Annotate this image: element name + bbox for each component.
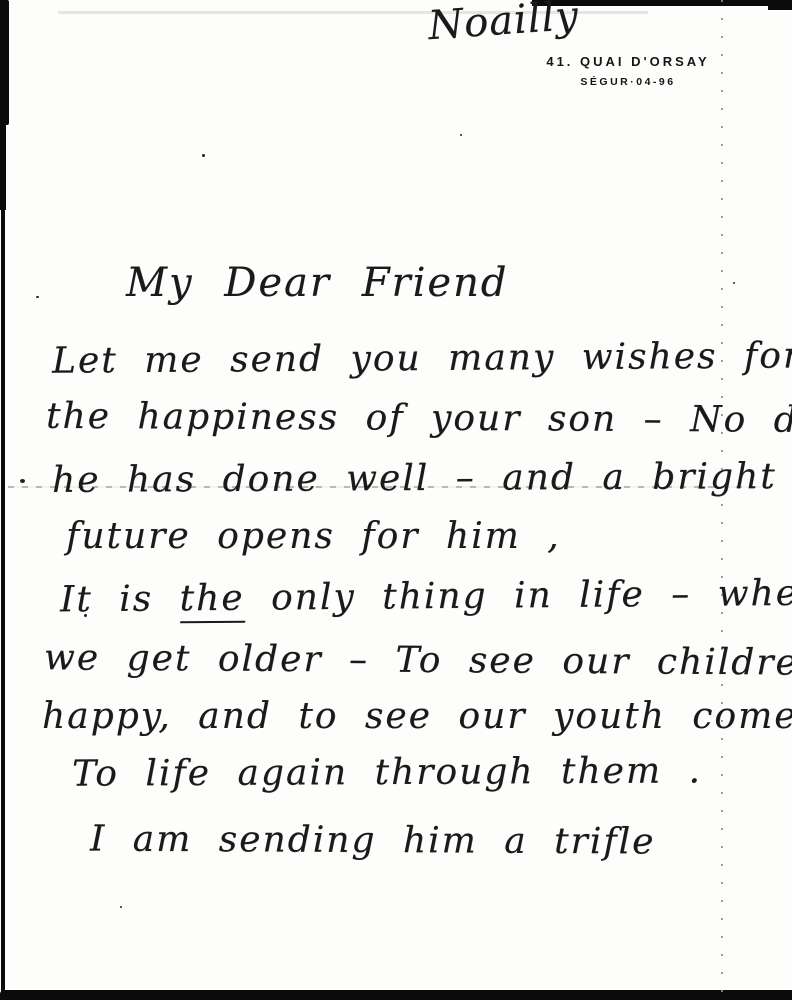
ink-speck [460, 134, 462, 136]
letter-line: the happiness of your son – No doubt [46, 396, 792, 441]
letterhead: 41. QUAI D'ORSAY SÉGUR·04-96 [540, 54, 716, 88]
letter-line: It is the only thing in life – when [60, 573, 792, 621]
letter-line: Let me send you many wishes for [52, 335, 792, 381]
scan-edge-bottom [0, 990, 792, 1000]
letter-line-fragment: It is [60, 578, 180, 620]
perforation-dotted-line [721, 0, 723, 1000]
archival-annotation: Noailly [427, 0, 581, 49]
letter-line: To life again through them . [72, 750, 702, 794]
salutation: My Dear Friend [126, 260, 508, 306]
ink-speck [36, 296, 39, 298]
scan-edge-left-line [1, 185, 5, 1000]
letterhead-phone: SÉGUR·04-96 [540, 76, 716, 88]
scan-edge-top-corner [768, 0, 792, 10]
letter-line: I am sending him a trifle [90, 819, 656, 863]
ink-speck [733, 282, 735, 284]
letter-line: future opens for him , [66, 516, 561, 557]
letter-line: we get older – To see our children [44, 637, 792, 683]
letterhead-address: 41. QUAI D'ORSAY [540, 54, 716, 69]
scanned-letter-page: Noailly 41. QUAI D'ORSAY SÉGUR·04-96 My … [0, 0, 792, 1000]
letter-line-fragment: only thing in life – when [244, 573, 792, 619]
ink-speck [120, 906, 122, 908]
underlined-word: the [179, 578, 244, 624]
letter-line: happy, and to see our youth come [42, 696, 792, 737]
ink-speck [202, 154, 205, 157]
letter-line: he has done well – and a bright [52, 456, 777, 501]
ink-speck [20, 479, 25, 483]
